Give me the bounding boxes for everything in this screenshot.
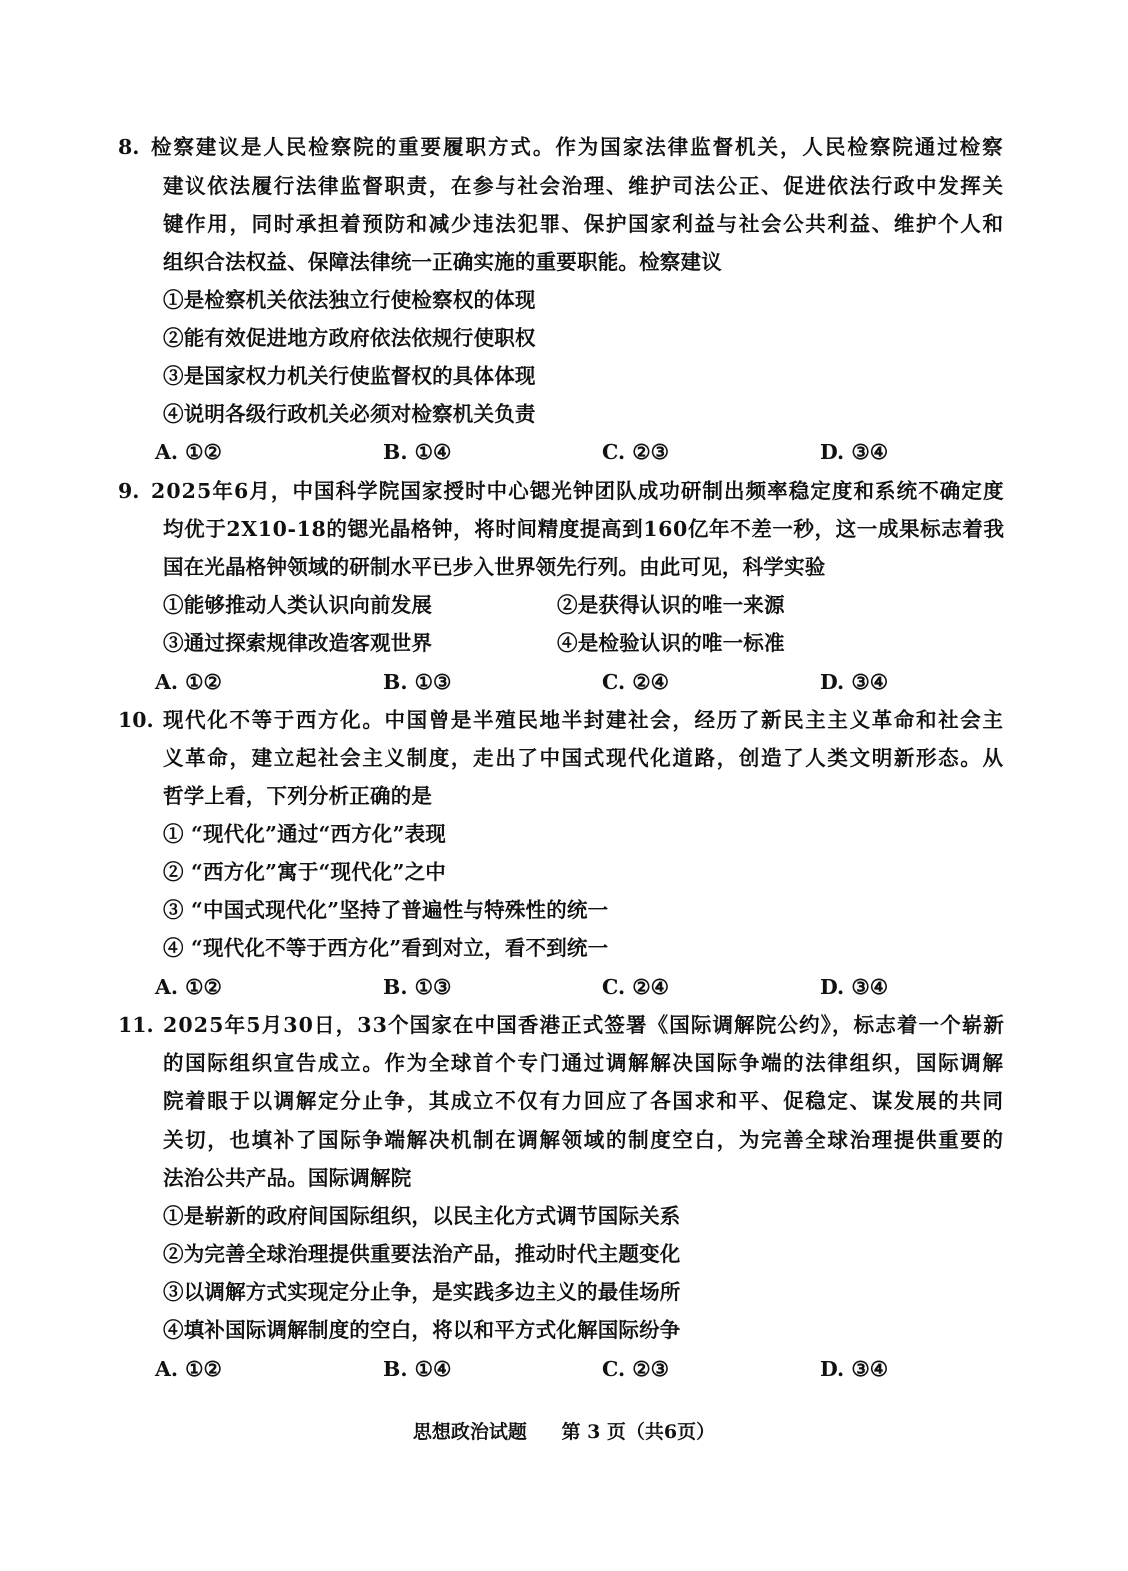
question-number: 11. [118, 1011, 154, 1039]
statement-1: ①是崭新的政府间国际组织，以民主化方式调节国际关系 [163, 1202, 681, 1230]
question-stem-line: 现代化不等于西方化。中国曾是半殖民地半封建社会，经历了新民主主义革命和社会主 [163, 706, 1005, 734]
choice-d: D. ③④ [820, 1355, 888, 1383]
choice-b: B. ①④ [383, 1355, 451, 1383]
choice-b: B. ①③ [383, 668, 451, 696]
question-stem-line: 检察建议是人民检察院的重要履职方式。作为国家法律监督机关，人民检察院通过检察 [151, 133, 1005, 161]
statement-4: ④是检验认识的唯一标准 [557, 629, 785, 657]
statement-4: ④ “现代化不等于西方化”看到对立，看不到统一 [163, 934, 608, 962]
choice-c: C. ②③ [602, 438, 669, 466]
question-stem-line: 义革命，建立起社会主义制度，走出了中国式现代化道路，创造了人类文明新形态。从 [163, 744, 1005, 772]
choice-a: A. ①② [155, 668, 222, 696]
choice-a: A. ①② [155, 973, 222, 1001]
question-stem-line: 组织合法权益、保障法律统一正确实施的重要职能。检察建议 [163, 248, 722, 276]
question-stem-line: 2025年5月30日，33个国家在中国香港正式签署《国际调解院公约》，标志着一个… [163, 1011, 1005, 1039]
statement-4: ④填补国际调解制度的空白，将以和平方式化解国际纷争 [163, 1316, 681, 1344]
choice-b: B. ①④ [383, 438, 451, 466]
question-stem-line: 建议依法履行法律监督职责，在参与社会治理、维护司法公正、促进依法行政中发挥关 [163, 172, 1005, 200]
choice-c: C. ②④ [602, 668, 669, 696]
choice-a: A. ①② [155, 438, 222, 466]
statement-3: ③是国家权力机关行使监督权的具体体现 [163, 362, 536, 390]
statement-2: ② “西方化”寓于“现代化”之中 [163, 858, 446, 886]
statement-1: ① “现代化”通过“西方化”表现 [163, 820, 446, 848]
statement-2: ②能有效促进地方政府依法依规行使职权 [163, 324, 536, 352]
choice-a: A. ①② [155, 1355, 222, 1383]
question-stem-line: 的国际组织宣告成立。作为全球首个专门通过调解解决国际争端的法律组织，国际调解 [163, 1049, 1005, 1077]
statement-4: ④说明各级行政机关必须对检察机关负责 [163, 400, 536, 428]
question-number: 8. [118, 133, 139, 161]
statement-3: ③ “中国式现代化”坚持了普遍性与特殊性的统一 [163, 896, 608, 924]
question-number: 10. [118, 706, 154, 734]
question-stem-line: 关切，也填补了国际争端解决机制在调解领域的制度空白，为完善全球治理提供重要的 [163, 1126, 1005, 1154]
question-stem-line: 均优于2X10-18的锶光晶格钟，将时间精度提高到160亿年不差一秒，这一成果标… [163, 515, 1005, 543]
statement-3: ③通过探索规律改造客观世界 [163, 629, 432, 657]
choice-d: D. ③④ [820, 438, 888, 466]
question-stem-line: 院着眼于以调解定分止争，其成立不仅有力回应了各国求和平、促稳定、谋发展的共同 [163, 1087, 1005, 1115]
choice-d: D. ③④ [820, 668, 888, 696]
page-footer: 思想政治试题 第 3 页（共6页） [0, 1419, 1128, 1445]
statement-1: ①是检察机关依法独立行使检察权的体现 [163, 286, 536, 314]
question-stem-line: 哲学上看，下列分析正确的是 [163, 782, 432, 810]
question-stem-line: 法治公共产品。国际调解院 [163, 1164, 411, 1192]
statement-1: ①能够推动人类认识向前发展 [163, 591, 432, 619]
statement-3: ③以调解方式实现定分止争，是实践多边主义的最佳场所 [163, 1278, 681, 1306]
question-number: 9. [118, 477, 139, 505]
question-stem-line: 国在光晶格钟领域的研制水平已步入世界领先行列。由此可见，科学实验 [163, 553, 825, 581]
choice-c: C. ②③ [602, 1355, 669, 1383]
statement-2: ②是获得认识的唯一来源 [557, 591, 785, 619]
question-stem-line: 2025年6月，中国科学院国家授时中心锶光钟团队成功研制出频率稳定度和系统不确定… [151, 477, 1005, 505]
footer-subject: 思想政治试题 [413, 1421, 527, 1443]
choice-b: B. ①③ [383, 973, 451, 1001]
statement-2: ②为完善全球治理提供重要法治产品，推动时代主题变化 [163, 1240, 681, 1268]
footer-page-number: 第 3 页（共6页） [561, 1421, 715, 1443]
question-stem-line: 键作用，同时承担着预防和减少违法犯罪、保护国家利益与社会公共利益、维护个人和 [163, 210, 1005, 238]
choice-d: D. ③④ [820, 973, 888, 1001]
choice-c: C. ②④ [602, 973, 669, 1001]
